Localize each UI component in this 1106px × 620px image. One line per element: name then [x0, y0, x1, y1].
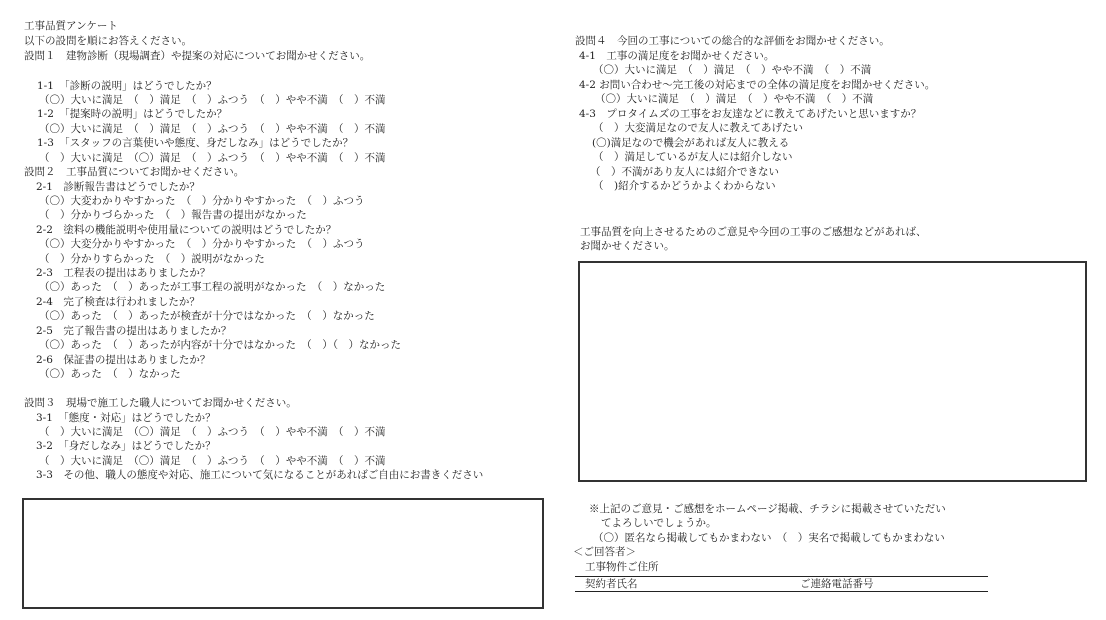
q2-5-label: 2-5 完了報告書の提出はありましたか？ [36, 324, 231, 338]
q2-3-label: 2-3 工程表の提出はありましたか？ [36, 266, 210, 280]
q1-2-options[interactable]: （〇）大いに満足 （ ）満足 （ ）ふつう （ ）やや不満 （ ）不満 [39, 122, 386, 136]
address-label: 工事物件ご住所 [585, 560, 659, 574]
feedback-text-box[interactable] [578, 261, 1087, 482]
q1-3-label: 1-3 「スタッフの言葉使いや態度、身だしなみ」はどうでしたか？ [37, 136, 353, 150]
q4-3-choice-5[interactable]: （ )紹介するかどうかよくわからない [593, 179, 776, 193]
q2-6-label: 2-6 保証書の提出はありましたか？ [36, 353, 210, 367]
publish-note-line-2: てよろしいでしょうか。 [601, 516, 717, 530]
name-label: 契約者氏名 [585, 577, 638, 591]
phone-label: ご連絡電話番号 [800, 577, 874, 591]
q4-3-choice-3[interactable]: （ ）満足しているが友人には紹介しない [593, 150, 793, 164]
q2-1-label: 2-1 診断報告書はどうでしたか？ [36, 180, 200, 194]
feedback-prompt-line-2: お聞かせください。 [580, 239, 675, 253]
q4-2-label: 4-2 お問い合わせ～完工後の対応までの全体の満足度をお聞かせください。 [579, 78, 935, 92]
q4-1-options[interactable]: （〇）大いに満足 （ ）満足 （ ）やや不満 （ ）不満 [593, 63, 871, 77]
q2-2-label: 2-2 塗料の機能説明や使用量についての説明はどうでしたか？ [36, 223, 336, 237]
q2-1-options[interactable]: （〇）大変わかりやすかった （ ）分かりやすかった （ ）ふつう [39, 194, 365, 208]
q2-2-options[interactable]: （〇）大変分かりやすかった （ ）分かりやすかった （ ）ふつう [39, 237, 365, 251]
q4-1-label: 4-1 工事の満足度をお聞かせください。 [579, 49, 774, 63]
q3-free-text-box[interactable] [22, 498, 544, 609]
q3-3-label: 3-3 その他、職人の態度や対応、施工について気になることがあればご自由にお書き… [36, 468, 483, 482]
survey-intro: 以下の設問を順にお答えください。 [24, 34, 192, 48]
q3-2-label: 3-2 「身だしなみ」はどうでしたか？ [36, 439, 216, 453]
q4-3-choice-1[interactable]: （ ）大変満足なので友人に教えてあげたい [593, 121, 803, 135]
q4-3-choice-2[interactable]: (〇)満足なので機会があれば友人に教える [592, 136, 789, 150]
q1-heading: 設問１ 建物診断（現場調査）や提案の対応についてお聞かせください。 [24, 49, 370, 63]
respondent-heading: ＜ご回答者＞ [573, 545, 636, 559]
q3-heading: 設問３ 現場で施工した職人についてお聞かせください。 [24, 396, 297, 410]
publish-options[interactable]: （〇）匿名なら掲載してもかまわない （ ）実名で掲載してもかまわない [593, 531, 945, 545]
q2-4-label: 2-4 完了検査は行われましたか？ [36, 295, 200, 309]
q3-1-options[interactable]: （ ）大いに満足 （〇）満足 （ ）ふつう （ ）やや不満 （ ）不満 [39, 425, 386, 439]
q2-heading: 設問２ 工事品質についてお聞かせください。 [24, 165, 244, 179]
q4-2-options[interactable]: （〇）大いに満足 （ ）満足 （ ）やや不満 （ ）不満 [595, 92, 873, 106]
q1-1-label: 1-1 「診断の説明」はどうでしたか？ [37, 79, 217, 93]
q1-2-label: 1-2 「提案時の説明」はどうでしたか？ [37, 107, 227, 121]
q4-3-label: 4-3 プロタイムズの工事をお友達などに教えてあげたいと思いますか？ [579, 107, 921, 121]
survey-title: 工事品質アンケート [24, 19, 118, 33]
q1-1-options[interactable]: （〇）大いに満足 （ ）満足 （ ）ふつう （ ）やや不満 （ ）不満 [39, 93, 386, 107]
q2-2-options-2[interactable]: （ ）分かりすらかった （ ）説明がなかった [39, 252, 265, 266]
q2-6-options[interactable]: （〇）あった （ ）なかった [39, 367, 181, 381]
q4-3-choice-4[interactable]: （ ）不満があり友人には紹介できない [590, 165, 779, 179]
q3-2-options[interactable]: （ ）大いに満足 （〇）満足 （ ）ふつう （ ）やや不満 （ ）不満 [39, 454, 386, 468]
name-phone-line[interactable] [575, 591, 988, 592]
q2-5-options[interactable]: （〇）あった （ ）あったが内容が十分ではなかった （ ）（ ）なかった [39, 338, 401, 352]
q2-4-options[interactable]: （〇）あった （ ）あったが検査が十分ではなかった （ ）なかった [39, 309, 375, 323]
q3-1-label: 3-1 「態度・対応」はどうでしたか？ [36, 411, 216, 425]
q2-3-options[interactable]: （〇）あった （ ）あったが工事工程の説明がなかった （ ）なかった [39, 280, 385, 294]
feedback-prompt-line-1: 工事品質を向上させるためのご意見や今回の工事のご感想などがあれば、 [580, 225, 927, 239]
q4-heading: 設問４ 今回の工事についての総合的な評価をお聞かせください。 [575, 34, 890, 48]
q1-3-options[interactable]: （ ）大いに満足 （〇）満足 （ ）ふつう （ ）やや不満 （ ）不満 [39, 151, 386, 165]
publish-note-line-1: ※上記のご意見・ご感想をホームページ掲載、チラシに掲載させていただい [589, 502, 946, 516]
q2-1-options-2[interactable]: （ ）分かりづらかった （ ）報告書の提出がなかった [39, 208, 307, 222]
